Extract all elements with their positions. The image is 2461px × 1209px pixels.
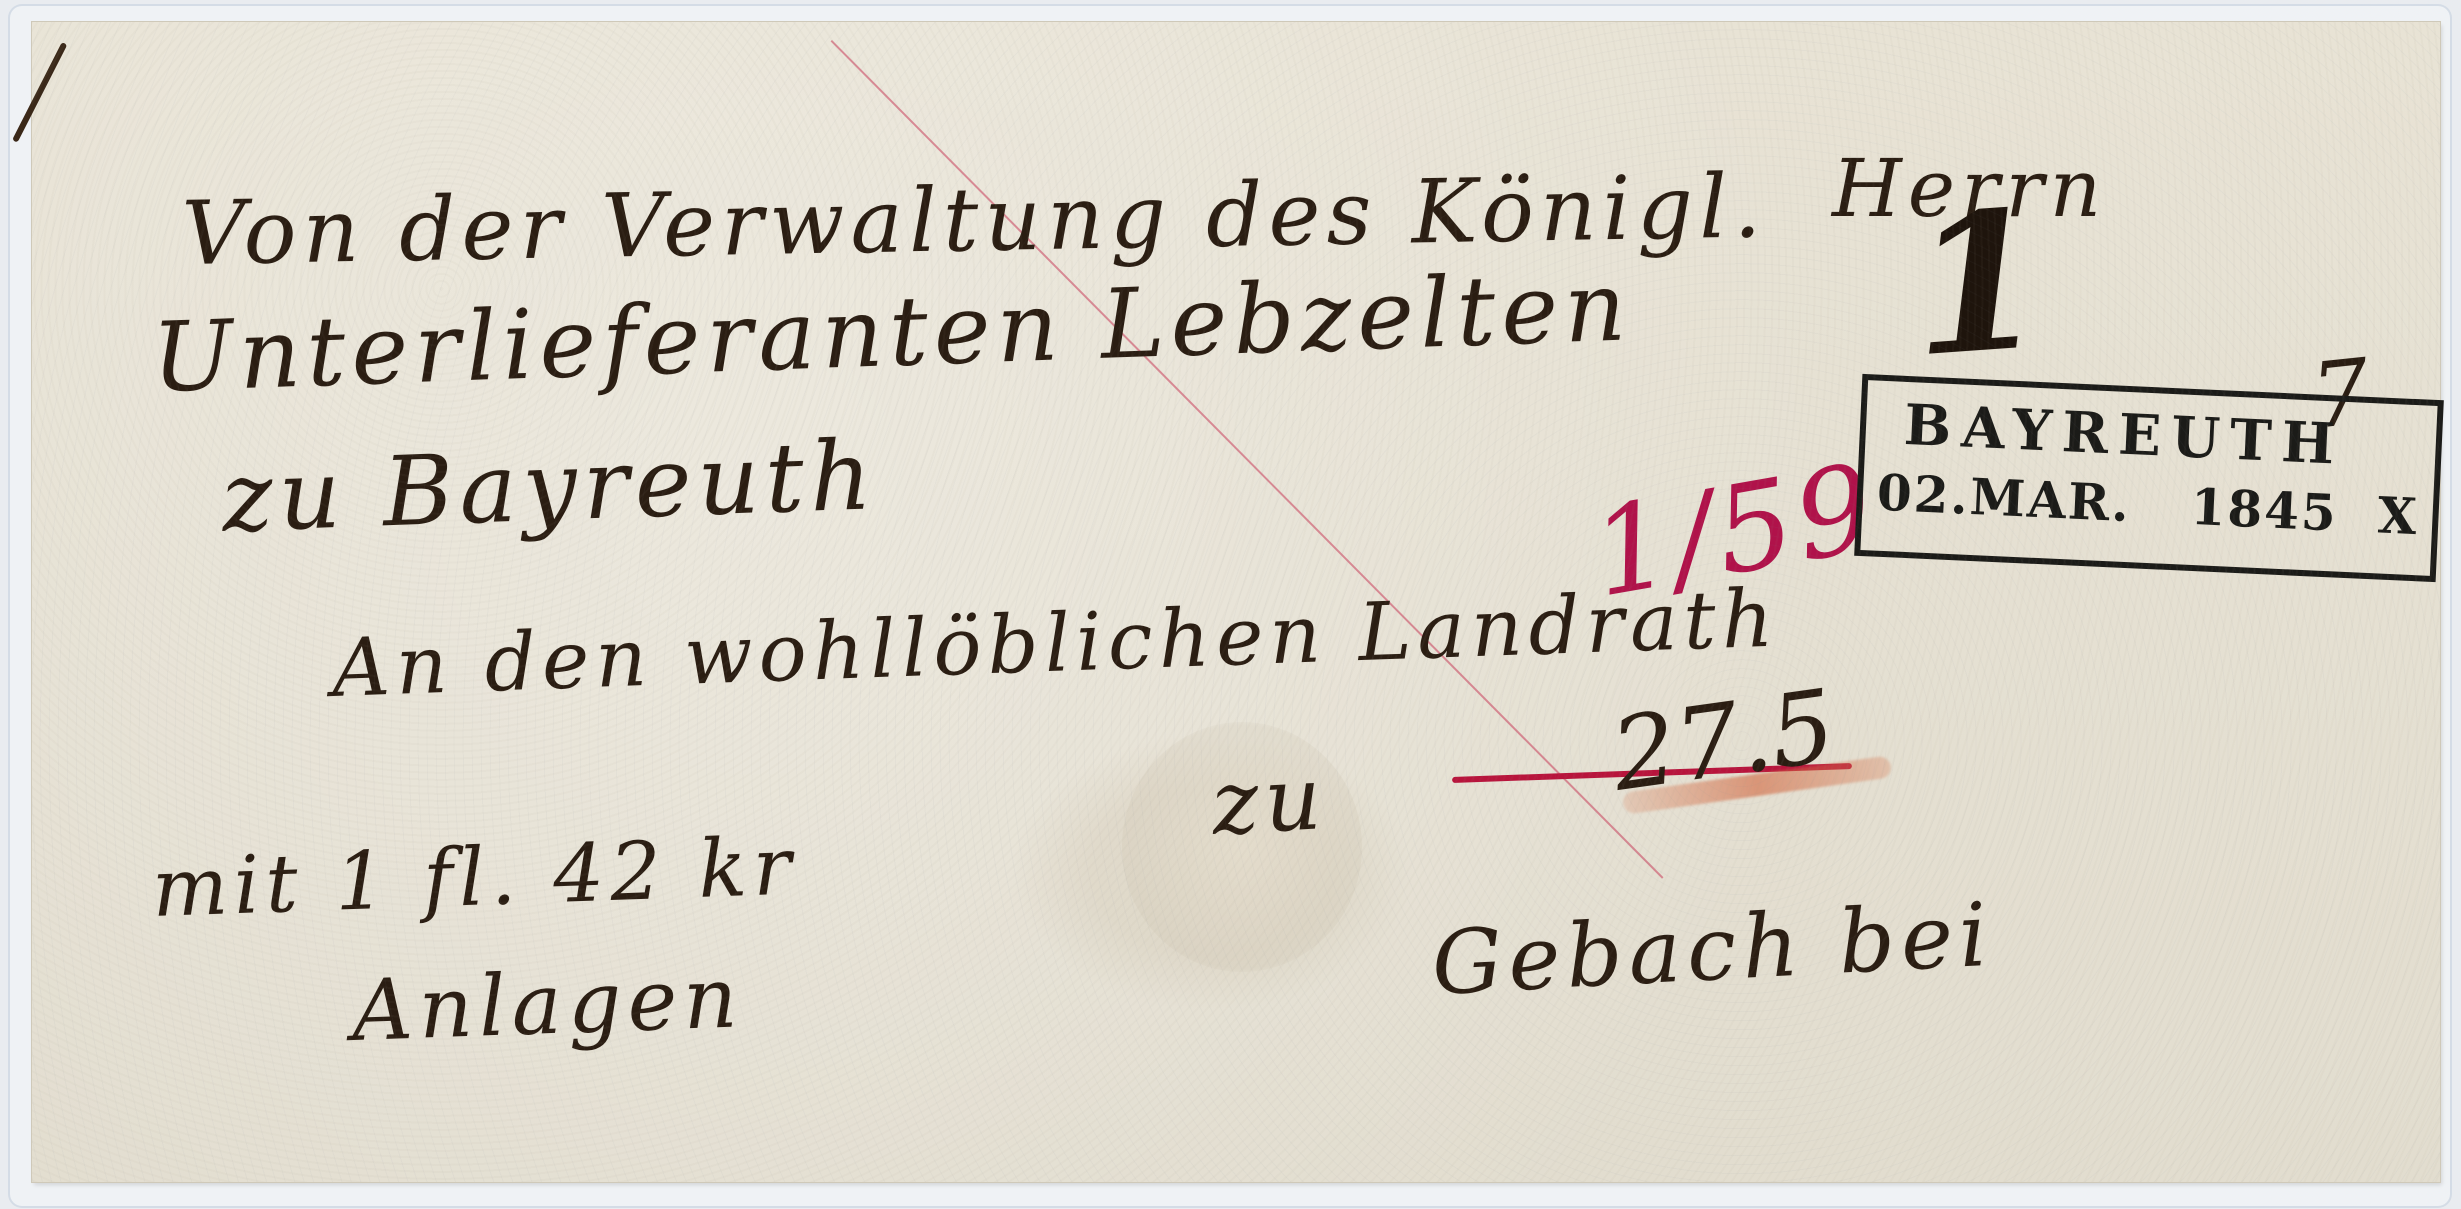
postmark-city: BAYREUTH [1903, 392, 2346, 478]
postmark-year: 1845 [2190, 477, 2340, 543]
enclosure-label: Anlagen [350, 948, 744, 1060]
brown-numeral-mark: 27.5 [1605, 667, 1842, 814]
enclosure-note: mit 1 fl. 42 kr [150, 820, 798, 935]
address-line-5: zu [1209, 746, 1329, 855]
postmark-day-month: 02.MAR. [1876, 463, 2133, 533]
address-line-6: Gebach bei [1429, 883, 1995, 1015]
manuscript-numeral: 1 [1904, 168, 2051, 400]
postmark-box: BAYREUTH 02.MAR. 1845 X [1854, 374, 2444, 582]
postmark-suffix: X [2376, 485, 2419, 546]
address-line-4: An den wohllöblichen Landrath [330, 571, 1780, 714]
letter-cover: Von der Verwaltung des Königl. Unterlief… [32, 22, 2440, 1182]
address-line-3: zu Bayreuth [220, 419, 879, 554]
red-fraction-mark: 1/59 [1582, 438, 1887, 624]
